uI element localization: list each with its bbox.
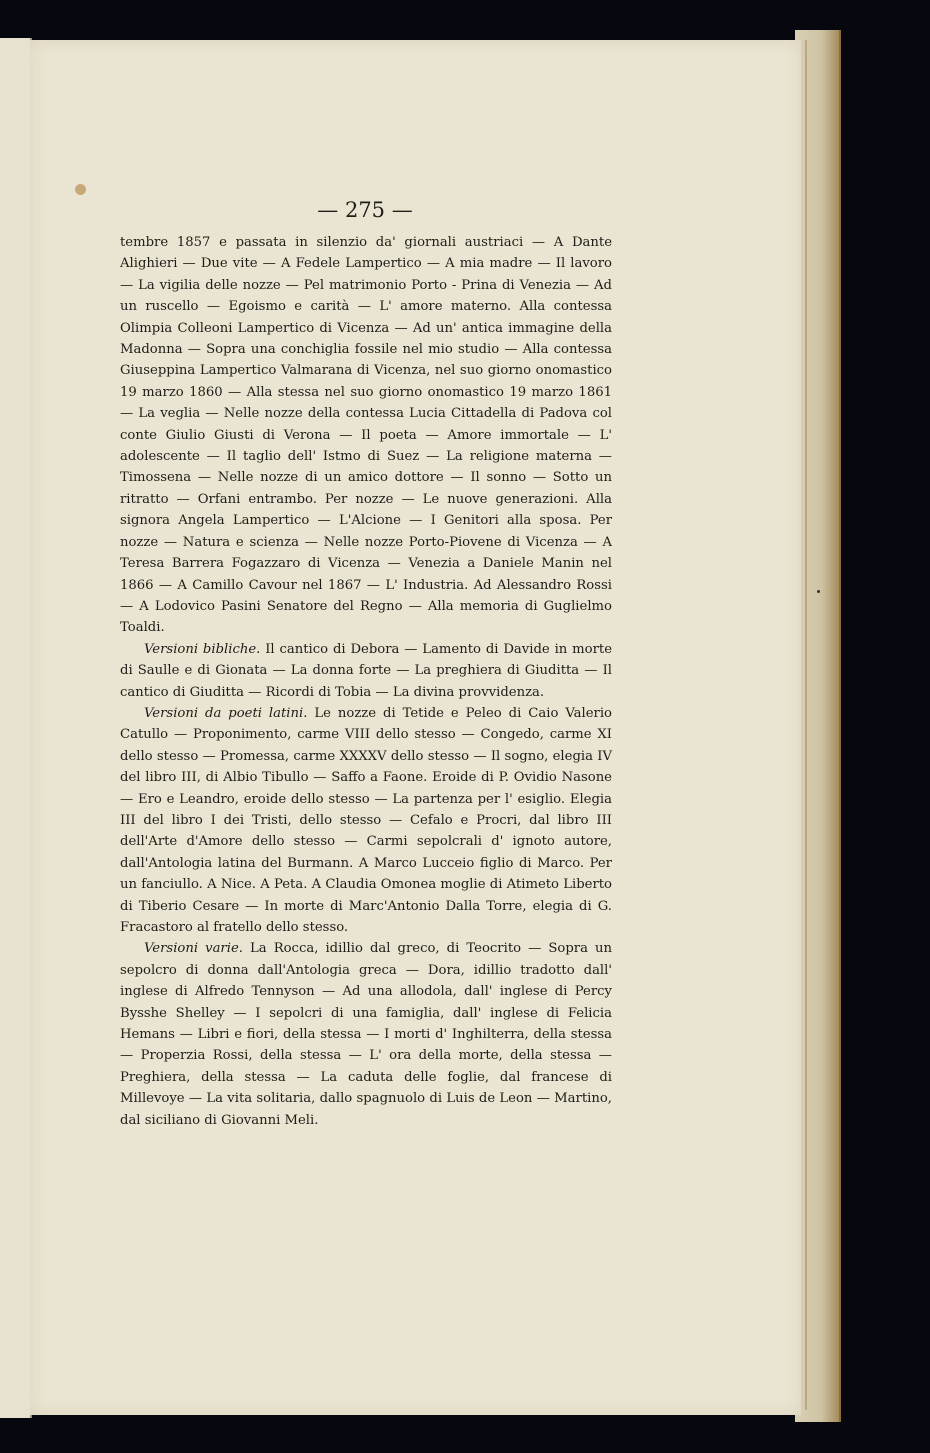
book-page-edges [795,30,841,1422]
section-heading: Versioni bibliche. [144,642,260,657]
paragraph-text: tembre 1857 e passata in silenzio da' gi… [120,235,612,635]
page-fold-crease [805,40,807,1410]
paragraph-versioni-varie: Versioni varie. La Rocca, idillio dal gr… [120,938,612,1131]
ink-speck [817,590,820,593]
paragraph-versioni-bibliche: Versioni bibliche. Il cantico di Debora … [120,639,612,703]
facing-page-edge [0,38,32,1418]
paragraph-text: Le nozze di Tetide e Peleo di Caio Valer… [120,706,612,935]
paragraph-poems-list: tembre 1857 e passata in silenzio da' gi… [120,232,612,639]
page-number: — 275 — [310,198,420,222]
section-heading: Versioni da poeti latini. [144,706,307,721]
section-heading: Versioni varie. [144,941,243,956]
paragraph-versioni-latini: Versioni da poeti latini. Le nozze di Te… [120,703,612,938]
paragraph-text: La Rocca, idillio dal greco, di Teocrito… [120,941,612,1127]
body-text: tembre 1857 e passata in silenzio da' gi… [120,232,612,1131]
foxing-stain [75,184,86,195]
